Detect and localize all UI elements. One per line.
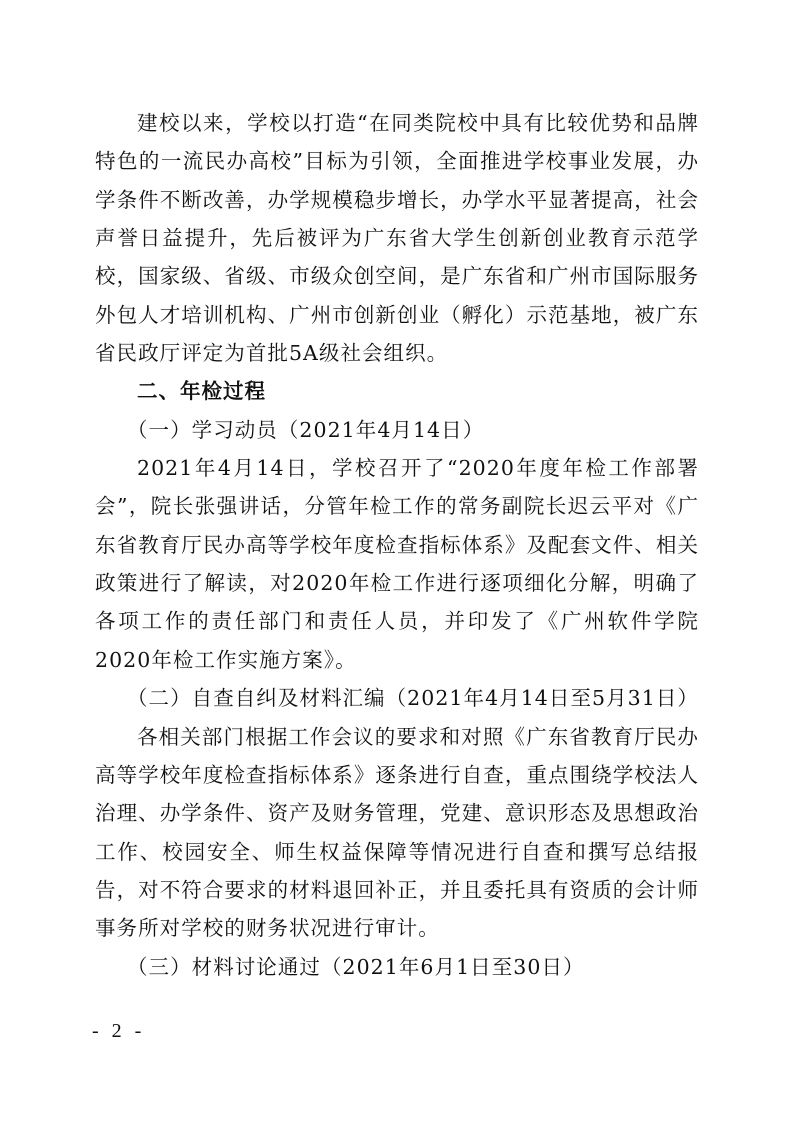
page-number: - 2 - bbox=[92, 1020, 145, 1043]
subheading-material-review: （三）材料讨论通过（2021年6月1日至30日） bbox=[95, 948, 699, 986]
document-page: 建校以来，学校以打造“在同类院校中具有比较优势和品牌特色的一流民办高校”目标为引… bbox=[0, 0, 793, 1122]
paragraph-mobilization-meeting: 2021年4月14日，学校召开了“2020年度年检工作部署会”，院长张强讲话，分… bbox=[95, 449, 699, 679]
paragraph-self-inspection: 各相关部门根据工作会议的要求和对照《广东省教育厅民办高等学校年度检查指标体系》逐… bbox=[95, 718, 699, 948]
subheading-study-mobilization: （一）学习动员（2021年4月14日） bbox=[95, 411, 699, 449]
subheading-self-inspection: （二）自查自纠及材料汇编（2021年4月14日至5月31日） bbox=[95, 679, 699, 717]
section-heading-annual-inspection-process: 二、年检过程 bbox=[95, 372, 699, 410]
paragraph-school-overview: 建校以来，学校以打造“在同类院校中具有比较优势和品牌特色的一流民办高校”目标为引… bbox=[95, 104, 699, 372]
document-body: 建校以来，学校以打造“在同类院校中具有比较优势和品牌特色的一流民办高校”目标为引… bbox=[95, 104, 699, 986]
